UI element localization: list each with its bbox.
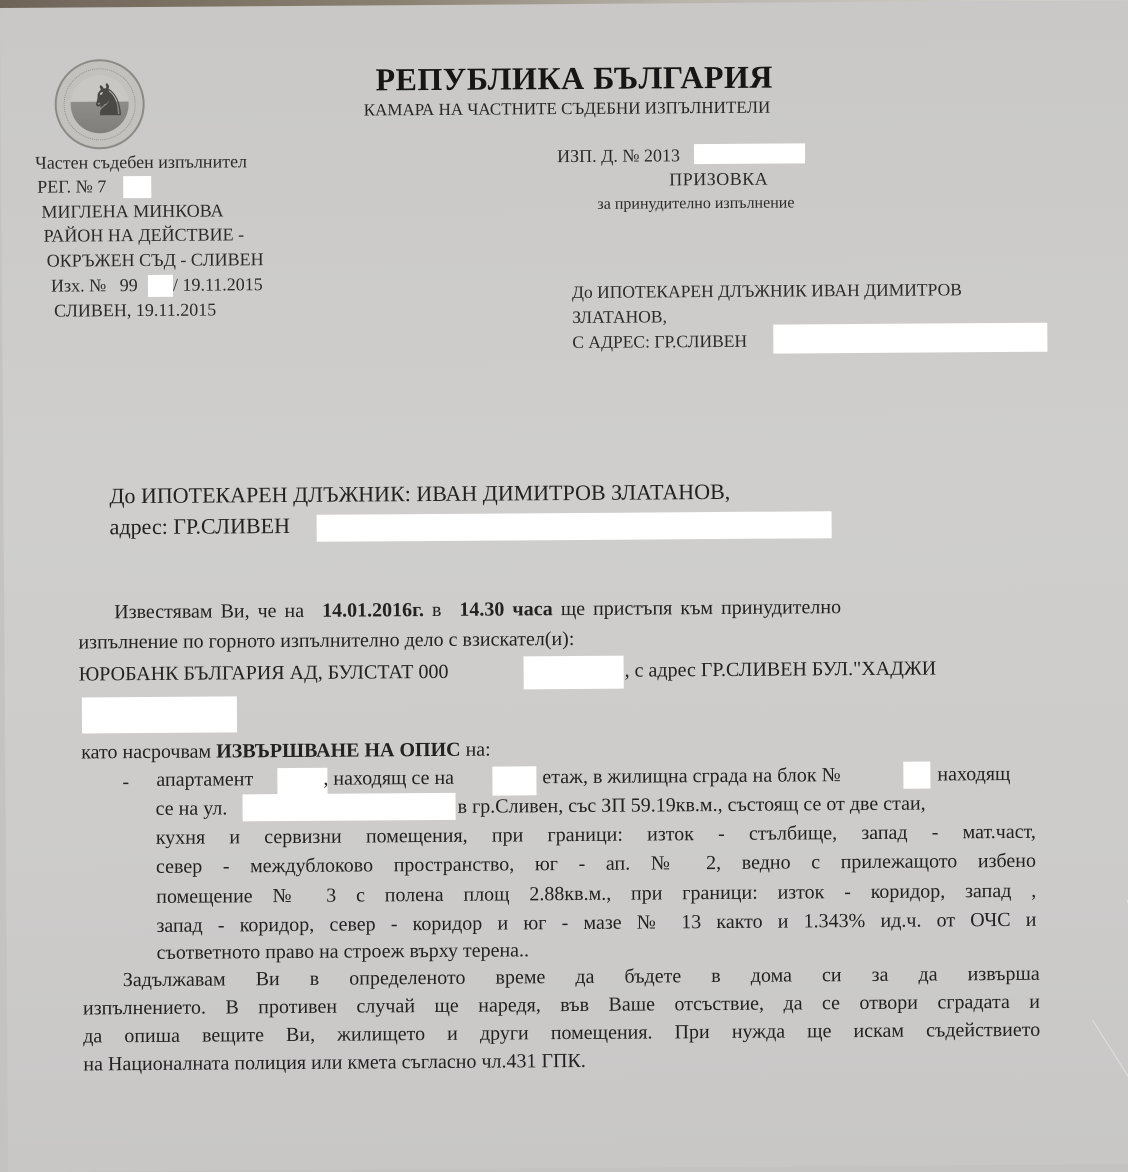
obligation-line-1: Задължавам Ви в определеното време да бъ… bbox=[123, 963, 1040, 992]
notice-line-1: Известявам Ви, че на 14.01.2016г. в 14.3… bbox=[114, 596, 841, 624]
action-title: ИЗВЪРШВАНЕ НА ОПИС bbox=[216, 739, 461, 763]
redaction bbox=[148, 275, 173, 297]
outgoing-number: Изх. № 99 bbox=[51, 273, 138, 298]
sender-district-label: РАЙОН НА ДЕЙСТВИЕ - bbox=[44, 222, 245, 247]
obligation-text: да опиша вещите Ви, жилището и други пом… bbox=[83, 1019, 1040, 1049]
creditor-line-a: ЮРОБАНК БЪЛГАРИЯ АД, БУЛСТАТ 000 bbox=[79, 661, 449, 687]
property-line-5: помещение № 3 с полена площ 2.88кв.м., п… bbox=[156, 880, 1036, 909]
document-title: РЕПУБЛИКА БЪЛГАРИЯ bbox=[375, 59, 773, 99]
property-text: кухня и сервизни помещения, при граници:… bbox=[156, 821, 1036, 850]
property-line-3: кухня и сервизни помещения, при граници:… bbox=[156, 821, 1036, 850]
outgoing-date: / 19.11.2015 bbox=[173, 272, 263, 297]
property-text: север - междублоково пространство, юг - … bbox=[156, 850, 1036, 879]
place-date: СЛИВЕН, 19.11.2015 bbox=[54, 297, 216, 322]
property-text: запад - коридор, север - коридор и юг - … bbox=[156, 909, 1036, 938]
redaction bbox=[242, 793, 455, 821]
obligation-line-4: на Националната полиция или кмета съглас… bbox=[83, 1050, 586, 1077]
property-line-2a: се на ул. bbox=[156, 797, 228, 820]
redaction bbox=[123, 176, 151, 198]
document-type: ПРИЗОВКА bbox=[669, 169, 768, 191]
addressee-line-3: С АДРЕС: ГР.СЛИВЕН bbox=[572, 329, 747, 355]
sender-role: Частен съдебен изпълнител bbox=[35, 149, 247, 174]
redaction bbox=[773, 323, 1047, 354]
recipient-line-1: До ИПОТЕКАРЕН ДЛЪЖНИК: ИВАН ДИМИТРОВ ЗЛА… bbox=[109, 479, 730, 509]
property-line-7: съответното право на строеж върху терена… bbox=[157, 939, 530, 965]
property-line-1a: апартамент bbox=[156, 768, 253, 792]
redaction bbox=[277, 768, 327, 797]
property-line-4: север - междублоково пространство, юг - … bbox=[156, 850, 1036, 879]
obligation-text: Задължавам Ви в определеното време да бъ… bbox=[123, 963, 1040, 992]
property-text: помещение № 3 с полена площ 2.88кв.м., п… bbox=[156, 880, 1036, 909]
recipient-line-2: адрес: ГР.СЛИВЕН bbox=[110, 513, 290, 540]
seal-icon: ♞ bbox=[54, 59, 145, 150]
property-line-1b: , находящ се на bbox=[323, 767, 454, 791]
creditor-line-b: , с адрес ГР.СЛИВЕН БУЛ."ХАДЖИ bbox=[625, 657, 937, 682]
hearing-date: 14.01.2016г. bbox=[322, 599, 424, 622]
action-suffix: на: bbox=[465, 739, 490, 761]
redaction bbox=[82, 696, 237, 733]
notice-line-2: изпълнение по горното изпълнително дело … bbox=[78, 628, 574, 654]
property-line-1d: находящ bbox=[937, 763, 1010, 787]
property-line-1c: етаж, в жилищна сграда на блок № bbox=[542, 764, 840, 789]
redaction bbox=[524, 656, 624, 690]
sender-name: МИГЛЕНА МИНКОВА bbox=[41, 198, 223, 223]
sender-district-value: ОКРЪЖЕН СЪД - СЛИВЕН bbox=[47, 247, 264, 273]
document-page: ♞ РЕПУБЛИКА БЪЛГАРИЯ КАМАРА НА ЧАСТНИТЕ … bbox=[0, 0, 1128, 1172]
document-subtype: за принудително изпълнение bbox=[597, 194, 794, 213]
notice-text: Известявам Ви, че на bbox=[114, 600, 304, 623]
addressee-line-1: До ИПОТЕКАРЕН ДЛЪЖНИК ИВАН ДИМИТРОВ bbox=[572, 277, 962, 305]
action-line: като насрочвам ИЗВЪРШВАНЕ НА ОПИС на: bbox=[81, 739, 491, 765]
document-subtitle: КАМАРА НА ЧАСТНИТЕ СЪДЕБНИ ИЗПЪЛНИТЕЛИ bbox=[364, 98, 771, 121]
property-line-6: запад - коридор, север - коридор и юг - … bbox=[156, 909, 1036, 938]
redaction bbox=[492, 766, 536, 795]
sender-reg-no: РЕГ. № 7 bbox=[37, 174, 106, 198]
action-prefix: като насрочвам bbox=[81, 741, 211, 764]
paper-crease bbox=[1092, 1020, 1128, 1156]
case-number: ИЗП. Д. № 2013 bbox=[557, 145, 680, 167]
notice-text: ще пристъпя към принудително bbox=[561, 596, 841, 620]
redaction bbox=[903, 762, 930, 789]
addressee-line-2: ЗЛАТАНОВ, bbox=[572, 304, 667, 330]
property-line-2b: в гр.Сливен, със ЗП 59.19кв.м., състоящ … bbox=[458, 793, 926, 819]
list-bullet: - bbox=[122, 771, 129, 794]
hearing-time: 14.30 часа bbox=[459, 598, 553, 621]
obligation-line-2: изпълнението. В противен случай ще наред… bbox=[83, 991, 1040, 1021]
redaction bbox=[694, 143, 805, 164]
obligation-text: изпълнението. В противен случай ще наред… bbox=[83, 991, 1040, 1021]
redaction bbox=[317, 511, 832, 542]
lion-icon: ♞ bbox=[89, 79, 129, 123]
obligation-line-3: да опиша вещите Ви, жилището и други пом… bbox=[83, 1019, 1040, 1049]
notice-text: в bbox=[432, 599, 442, 621]
